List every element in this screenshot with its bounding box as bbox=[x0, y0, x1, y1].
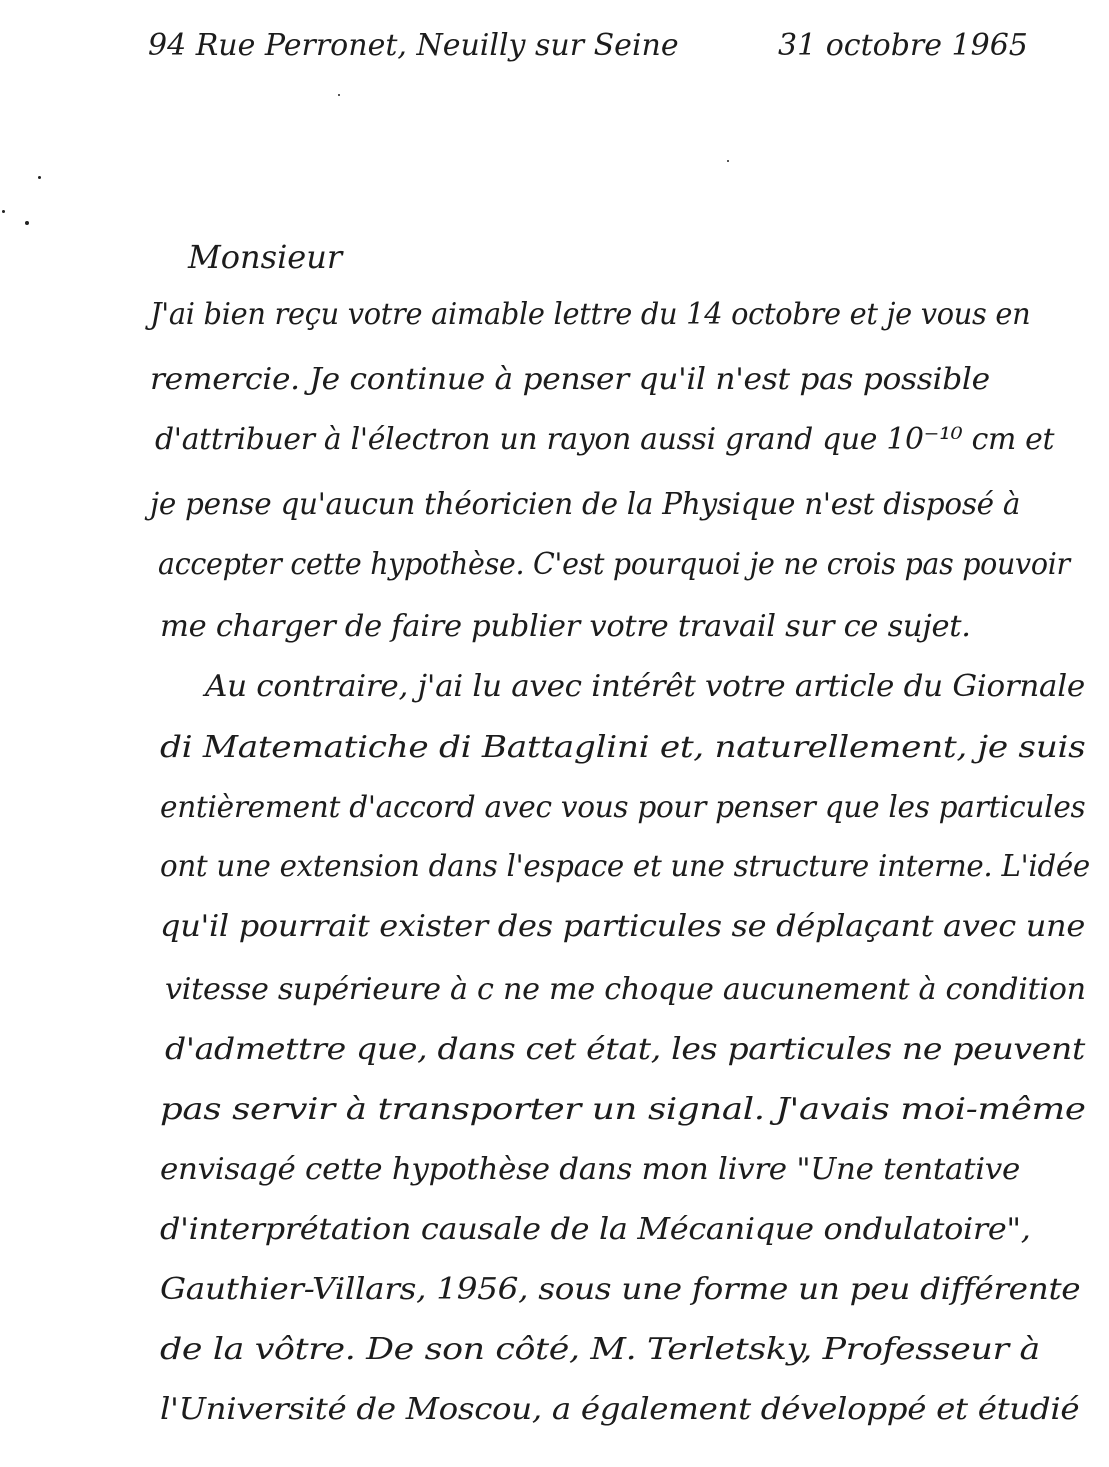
body-line: de la vôtre. De son côté, M. Terletsky, … bbox=[160, 1335, 1040, 1365]
body-line: d'attribuer à l'électron un rayon aussi … bbox=[155, 425, 1054, 455]
scan-speck bbox=[2, 210, 5, 213]
letter-page: 94 Rue Perronet, Neuilly sur Seine 31 oc… bbox=[0, 0, 1109, 1467]
scan-speck bbox=[25, 221, 29, 225]
body-line: remercie. Je continue à penser qu'il n'e… bbox=[150, 365, 990, 395]
body-line: vitesse supérieure à c ne me choque aucu… bbox=[165, 975, 1086, 1005]
body-line: me charger de faire publier votre travai… bbox=[160, 612, 971, 642]
body-line: J'ai bien reçu votre aimable lettre du 1… bbox=[150, 300, 1030, 330]
body-line: di Matematiche di Battaglini et, naturel… bbox=[160, 733, 1085, 763]
body-line: pas servir à transporter un signal. J'av… bbox=[160, 1095, 1086, 1125]
scan-speck bbox=[727, 160, 729, 162]
salutation: Monsieur bbox=[188, 238, 342, 276]
body-line: je pense qu'aucun théoricien de la Physi… bbox=[150, 490, 1020, 520]
body-line: accepter cette hypothèse. C'est pourquoi… bbox=[158, 550, 1070, 580]
body-line: l'Université de Moscou, a également déve… bbox=[160, 1395, 1079, 1425]
sender-address: 94 Rue Perronet, Neuilly sur Seine bbox=[148, 28, 679, 63]
letter-date: 31 octobre 1965 bbox=[778, 28, 1028, 63]
body-line: d'interprétation causale de la Mécanique… bbox=[160, 1215, 1031, 1245]
body-line: entièrement d'accord avec vous pour pens… bbox=[160, 793, 1085, 823]
body-line: ont une extension dans l'espace et une s… bbox=[160, 852, 1090, 882]
body-line: d'admettre que, dans cet état, les parti… bbox=[165, 1035, 1085, 1065]
scan-speck bbox=[38, 176, 41, 179]
body-line: envisagé cette hypothèse dans mon livre … bbox=[160, 1155, 1020, 1185]
body-line: Gauthier-Villars, 1956, sous une forme u… bbox=[160, 1275, 1080, 1305]
body-line: Au contraire, j'ai lu avec intérêt votre… bbox=[205, 672, 1085, 702]
scan-speck bbox=[338, 94, 340, 96]
body-line: qu'il pourrait exister des particules se… bbox=[160, 912, 1085, 942]
